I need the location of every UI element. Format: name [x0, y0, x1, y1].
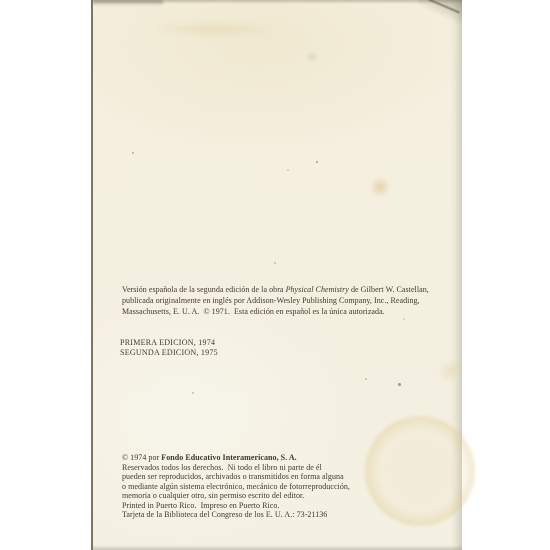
paper-stain — [149, 21, 279, 37]
scanned-document: { "page": { "intro": { "line1_pre": "Ver… — [0, 0, 550, 550]
edition-line-second: SEGUNDA EDICION, 1975 — [120, 348, 218, 358]
copyright-year: © 1974 por — [122, 453, 161, 462]
paper-speck — [192, 392, 194, 394]
edition-line-first: PRIMERA EDICION, 1974 — [120, 338, 218, 348]
paper-speck — [287, 169, 289, 171]
paper-speck — [403, 318, 405, 320]
page-top-left-edge-shadow — [93, 0, 163, 6]
copyright-line-4: o mediante algún sistema electrónico, me… — [122, 482, 350, 492]
intro-line-1: Versión española de la segunda edición d… — [122, 285, 429, 296]
intro-line-1-pre: Versión española de la segunda edición d… — [122, 285, 286, 294]
paper-stain — [305, 52, 319, 62]
edition-history: PRIMERA EDICION, 1974 SEGUNDA EDICION, 1… — [120, 338, 218, 358]
intro-line-1-post: de Gilbert W. Castellan, — [349, 285, 429, 294]
intro-line-2: publicada originalmente en inglés por Ad… — [122, 296, 429, 307]
intro-line-3: Massachusetts, E. U. A. © 1971. Esta edi… — [122, 307, 429, 318]
intro-paragraph: Versión española de la segunda edición d… — [122, 285, 429, 317]
book-page: Versión española de la segunda edición d… — [91, 0, 462, 550]
paper-speck — [398, 383, 401, 386]
copyright-line-5: memoria o cualquier otro, sin permiso es… — [122, 491, 350, 501]
page-right-edge-shadow — [450, 0, 462, 550]
page-bottom-edge-shadow — [93, 545, 462, 550]
copyright-line-3: pueden ser reproducidos, archivados o tr… — [122, 472, 350, 482]
paper-speck — [316, 161, 318, 163]
publisher-name: Fondo Educativo Interamericano, S. A. — [161, 453, 296, 462]
copyright-line-6: Printed in Puerto Rico. Impreso en Puert… — [122, 501, 350, 511]
paper-speck — [365, 378, 367, 380]
copyright-line-2: Reservados todos los derechos. Ni todo e… — [122, 463, 350, 473]
congress-card-number: Tarjeta de la Biblioteca del Congreso de… — [122, 510, 350, 520]
copyright-block: © 1974 por Fondo Educativo Interamerican… — [122, 453, 350, 520]
paper-stain — [369, 177, 391, 197]
paper-speck — [274, 262, 276, 264]
paper-speck — [132, 152, 134, 154]
copyright-line-1: © 1974 por Fondo Educativo Interamerican… — [122, 453, 350, 463]
book-title-italic: Physical Chemistry — [286, 285, 349, 294]
